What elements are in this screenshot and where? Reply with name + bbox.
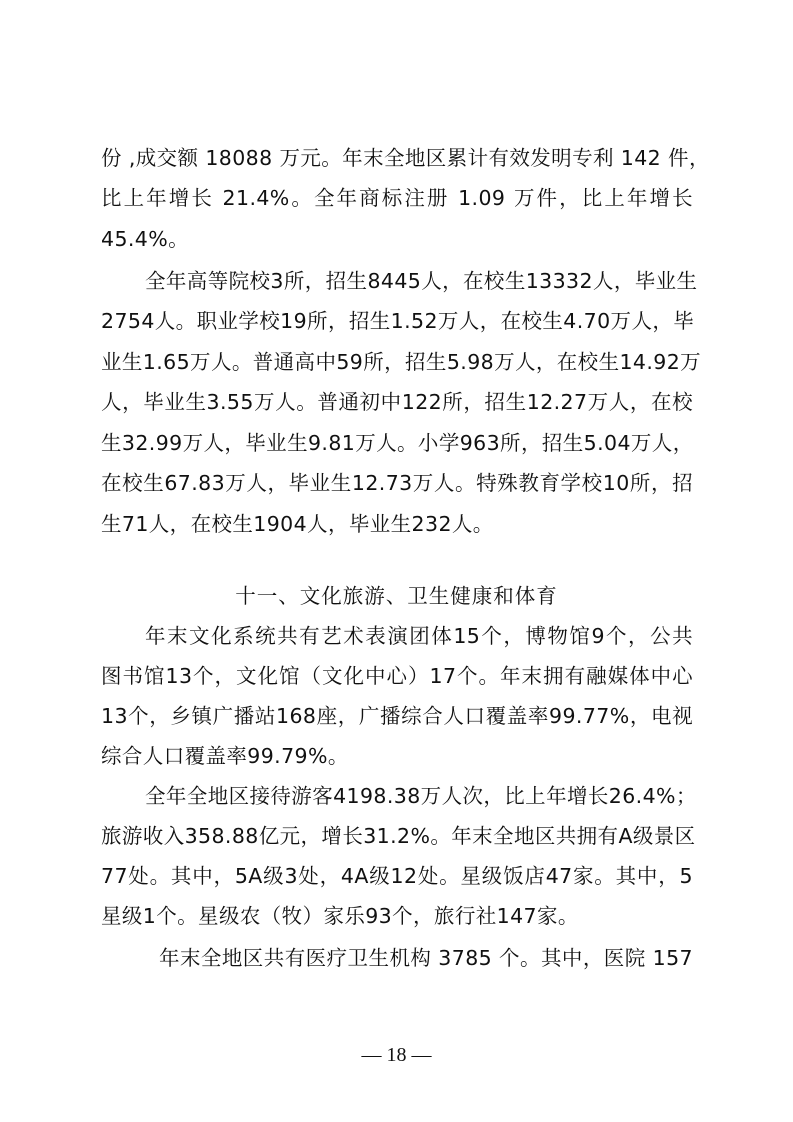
text-line: 份 ,成交额 18088 万元。年末全地区累计有效发明专利 142 件， [101, 145, 693, 171]
text-line: 比上年增长 21.4%。全年商标注册 1.09 万件，比上年增长 [101, 185, 693, 211]
paragraph-first-line: 年末全地区共有医疗卫生机构 3785 个。其中，医院 157 [159, 945, 693, 971]
document-page: 份 ,成交额 18088 万元。年末全地区累计有效发明专利 142 件， 比上年… [0, 0, 793, 1122]
paragraph-first-line: 年末文化系统共有艺术表演团体15个，博物馆9个，公共 [145, 623, 693, 649]
text-line: 生71人，在校生1904人，毕业生232人。 [101, 511, 693, 537]
text-line: 生32.99万人，毕业生9.81万人。小学963所，招生5.04万人， [101, 430, 693, 456]
text-line: 旅游收入358.88亿元，增长31.2%。年末全地区共拥有A级景区 [101, 823, 693, 849]
text-line: 图书馆13个，文化馆（文化中心）17个。年末拥有融媒体中心 [101, 663, 693, 689]
paragraph-first-line: 全年全地区接待游客4198.38万人次，比上年增长26.4%； [145, 783, 693, 809]
text-line: 在校生67.83万人，毕业生12.73万人。特殊教育学校10所，招 [101, 470, 693, 496]
text-line: 2754人。职业学校19所，招生1.52万人，在校生4.70万人，毕 [101, 308, 693, 334]
text-line: 人，毕业生3.55万人。普通初中122所，招生12.27万人，在校 [101, 389, 693, 415]
text-line: 综合人口覆盖率99.79%。 [101, 743, 693, 769]
text-line: 77处。其中，5A级3处，4A级12处。星级饭店47家。其中，5 [101, 863, 693, 889]
paragraph-first-line: 全年高等院校3所，招生8445人，在校生13332人，毕业生 [145, 268, 693, 294]
page-number: — 18 — [0, 1043, 793, 1067]
text-line: 13个，乡镇广播站168座，广播综合人口覆盖率99.77%，电视 [101, 703, 693, 729]
text-line: 星级1个。星级农（牧）家乐93个，旅行社147家。 [101, 903, 693, 929]
section-heading: 十一、文化旅游、卫生健康和体育 [0, 583, 793, 609]
text-line: 45.4%。 [101, 226, 693, 252]
text-line: 业生1.65万人。普通高中59所，招生5.98万人，在校生14.92万 [101, 349, 693, 375]
